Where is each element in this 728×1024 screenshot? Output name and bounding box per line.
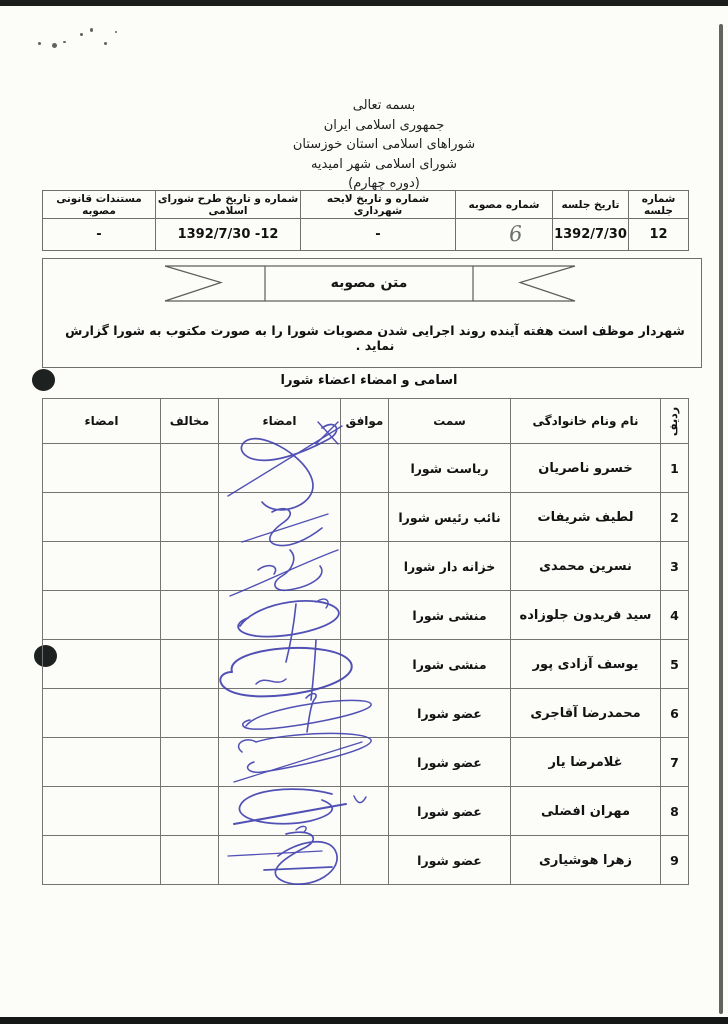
agree-cell <box>341 542 389 591</box>
agree-cell <box>341 738 389 787</box>
header-council-plan: شماره و تاریخ طرح شورای اسلامی <box>156 191 301 219</box>
letterhead: بسمه تعالی جمهوری اسلامی ایران شوراهای ا… <box>214 96 554 194</box>
signature-cell <box>219 640 341 689</box>
signature-cell <box>219 444 341 493</box>
header-session-number: شماره جلسه <box>629 191 689 219</box>
row-number: 2 <box>661 493 689 542</box>
oppose-cell <box>161 542 219 591</box>
signature-oppose-cell <box>43 542 161 591</box>
header-agree: موافق <box>341 399 389 444</box>
member-row: 6 محمدرضا آقاجری عضو شورا <box>43 689 689 738</box>
scan-bottom-edge <box>0 1017 728 1024</box>
signature-cell <box>219 591 341 640</box>
member-name: غلامرضا یار <box>511 738 661 787</box>
session-info-table: شماره جلسه تاریخ جلسه شماره مصوبه شماره … <box>42 190 689 251</box>
member-name: محمدرضا آقاجری <box>511 689 661 738</box>
value-session-number: 12 <box>629 219 689 251</box>
resolution-box: متن مصوبه شهردار موظف است هفته آینده رون… <box>42 258 702 368</box>
signature-oppose-cell <box>43 640 161 689</box>
header-signature-agree: امضاء <box>219 399 341 444</box>
row-number: 9 <box>661 836 689 885</box>
agree-cell <box>341 640 389 689</box>
oppose-cell <box>161 689 219 738</box>
member-name: مهران افضلی <box>511 787 661 836</box>
scanned-council-resolution-page: بسمه تعالی جمهوری اسلامی ایران شوراهای ا… <box>0 0 728 1024</box>
signature-cell <box>219 836 341 885</box>
oppose-cell <box>161 444 219 493</box>
members-signature-table: ردیف نام ونام خانوادگی سمت موافق امضاء م… <box>42 398 689 885</box>
row-number: 1 <box>661 444 689 493</box>
resolution-text: شهردار موظف است هفته آینده روند اجرایی ش… <box>57 323 693 353</box>
oppose-cell <box>161 836 219 885</box>
member-position: عضو شورا <box>389 689 511 738</box>
member-name: نسرین محمدی <box>511 542 661 591</box>
signature-cell <box>219 689 341 738</box>
member-row: 2 لطیف شریفات نائب رئیس شورا <box>43 493 689 542</box>
signature-cell <box>219 787 341 836</box>
member-name: خسرو ناصریان <box>511 444 661 493</box>
letterhead-line-city-council: شورای اسلامی شهر امیدیه <box>214 155 554 175</box>
value-municipality-bill: - <box>301 219 456 251</box>
member-row: 4 سید فریدون جلوزاده منشی شورا <box>43 591 689 640</box>
letterhead-line-basmala: بسمه تعالی <box>214 96 554 116</box>
value-council-plan: 1392/7/30 -12 <box>156 219 301 251</box>
value-resolution-number: 6 <box>456 219 553 251</box>
oppose-cell <box>161 493 219 542</box>
header-oppose: مخالف <box>161 399 219 444</box>
signature-oppose-cell <box>43 444 161 493</box>
oppose-cell <box>161 787 219 836</box>
value-session-date: 1392/7/30 <box>553 219 629 251</box>
row-number: 6 <box>661 689 689 738</box>
header-session-date: تاریخ جلسه <box>553 191 629 219</box>
agree-cell <box>341 787 389 836</box>
signature-oppose-cell <box>43 738 161 787</box>
oppose-cell <box>161 591 219 640</box>
info-header-row: شماره جلسه تاریخ جلسه شماره مصوبه شماره … <box>43 191 689 219</box>
scan-top-edge <box>0 0 728 6</box>
letterhead-line-country: جمهوری اسلامی ایران <box>214 116 554 136</box>
member-name: یوسف آزادی پور <box>511 640 661 689</box>
member-name: لطیف شریفات <box>511 493 661 542</box>
signature-cell <box>219 738 341 787</box>
oppose-cell <box>161 640 219 689</box>
signature-oppose-cell <box>43 591 161 640</box>
member-position: عضو شورا <box>389 787 511 836</box>
member-position: ریاست شورا <box>389 444 511 493</box>
paper-right-edge <box>719 24 723 1014</box>
header-resolution-number: شماره مصوبه <box>456 191 553 219</box>
members-table-title: اسامی و امضاء اعضاء شورا <box>194 373 544 388</box>
signature-oppose-cell <box>43 787 161 836</box>
agree-cell <box>341 493 389 542</box>
signature-oppose-cell <box>43 493 161 542</box>
value-legal-basis: - <box>43 219 156 251</box>
member-position: نائب رئیس شورا <box>389 493 511 542</box>
member-row: 9 زهرا هوشیاری عضو شورا <box>43 836 689 885</box>
member-row: 3 نسرین محمدی خزانه دار شورا <box>43 542 689 591</box>
oppose-cell <box>161 738 219 787</box>
info-value-row: 12 1392/7/30 6 - 1392/7/30 -12 - <box>43 219 689 251</box>
row-number: 3 <box>661 542 689 591</box>
signature-cell <box>219 542 341 591</box>
header-full-name: نام ونام خانوادگی <box>511 399 661 444</box>
row-number: 8 <box>661 787 689 836</box>
member-name: سید فریدون جلوزاده <box>511 591 661 640</box>
header-municipality-bill: شماره و تاریخ لایحه شهرداری <box>301 191 456 219</box>
agree-cell <box>341 836 389 885</box>
member-position: خزانه دار شورا <box>389 542 511 591</box>
agree-cell <box>341 444 389 493</box>
member-position: عضو شورا <box>389 836 511 885</box>
member-position: منشی شورا <box>389 591 511 640</box>
member-row: 1 خسرو ناصریان ریاست شورا <box>43 444 689 493</box>
letterhead-line-province-councils: شوراهای اسلامی استان خوزستان <box>214 135 554 155</box>
handwritten-resolution-number: 6 <box>508 221 523 246</box>
member-position: منشی شورا <box>389 640 511 689</box>
header-position: سمت <box>389 399 511 444</box>
member-name: زهرا هوشیاری <box>511 836 661 885</box>
members-header-row: ردیف نام ونام خانوادگی سمت موافق امضاء م… <box>43 399 689 444</box>
banner-label: متن مصوبه <box>265 267 473 299</box>
row-number: 7 <box>661 738 689 787</box>
signature-oppose-cell <box>43 689 161 738</box>
hole-punch-top <box>32 369 55 391</box>
agree-cell <box>341 591 389 640</box>
member-position: عضو شورا <box>389 738 511 787</box>
member-row: 5 یوسف آزادی پور منشی شورا <box>43 640 689 689</box>
signature-cell <box>219 493 341 542</box>
row-number: 4 <box>661 591 689 640</box>
member-row: 7 غلامرضا یار عضو شورا <box>43 738 689 787</box>
row-number: 5 <box>661 640 689 689</box>
header-signature-oppose: امضاء <box>43 399 161 444</box>
signature-oppose-cell <box>43 836 161 885</box>
agree-cell <box>341 689 389 738</box>
member-row: 8 مهران افضلی عضو شورا <box>43 787 689 836</box>
header-row-number: ردیف <box>661 399 689 444</box>
header-legal-basis: مستندات قانونی مصوبه <box>43 191 156 219</box>
